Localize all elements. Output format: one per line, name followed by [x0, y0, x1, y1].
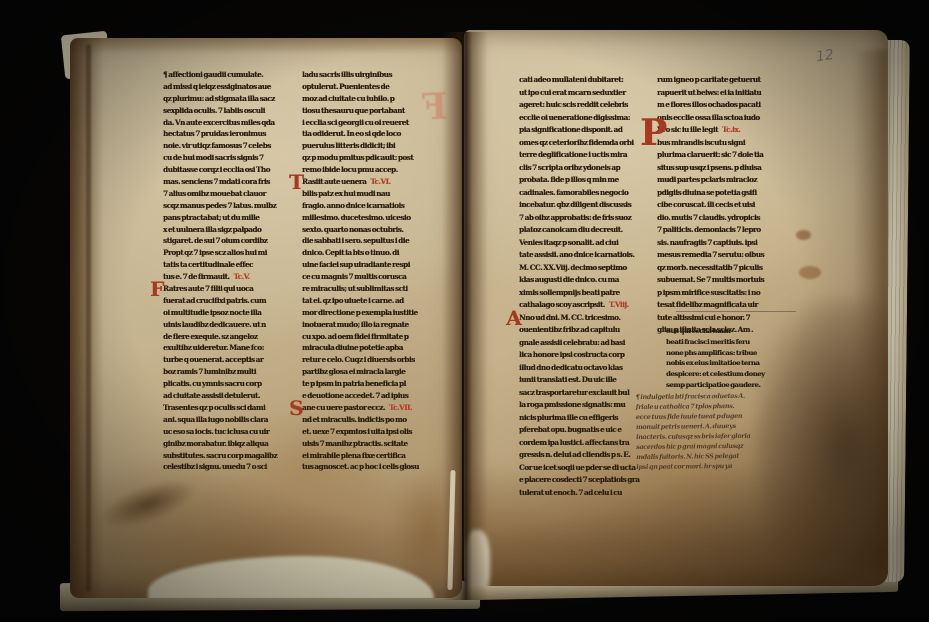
line-text: die sabbati i sero. sepultus i die [302, 236, 409, 245]
line-text: hectatus 7 pruidas ieronimus [163, 129, 266, 138]
text-line: noie. vir utiqz famosus 7 celebs [163, 141, 295, 153]
left-page-column-2: ladu sacris illis uirginibusoptulerut. P… [302, 70, 436, 474]
line-text: noie. vir utiqz famosus 7 celebs [163, 141, 271, 150]
text-line: die sabbati i sero. sepultus i die [302, 236, 436, 248]
rubricated-initial: T [289, 175, 303, 189]
line-text: Ratres aute 7 filii qui uoca [163, 284, 253, 293]
line-text: cadinales. famorabiles negocio [519, 188, 628, 197]
stain-bottom-band [70, 453, 462, 598]
line-text: tatis ta certitudinale effec [163, 260, 253, 269]
line-text: pans ptractabat; ut du mille [163, 213, 259, 222]
text-line: p ipsm mirifice suscitatis: i no [657, 288, 799, 301]
line-text: 7 paliticis. demoniacis 7 lepro [657, 225, 761, 234]
text-line: 7 ab oibz approbatis: de fris suoz [519, 213, 653, 226]
text-line: klas augusti die dnico. cu ma [519, 275, 653, 288]
text-line: turbe q ouenerat. acceptis ar [163, 355, 295, 367]
line-text: tat ei. qz ipo uiuete i carne. ad [302, 296, 404, 305]
line-text: clis 7 scripta oribz ydoneis ap [519, 163, 620, 172]
line-text: fuerat ad crucifixi patris. cum [163, 296, 266, 305]
text-line: Propt qz 7 ipse scz alios hui mi [163, 248, 295, 260]
text-line: plicatis. cu ymnis sacru corp [163, 379, 295, 391]
line-text: sacz trasportaretur exclauit bul [519, 388, 629, 397]
line-text: ecce tuus fide iuuie tueat p dugen [636, 412, 742, 421]
line-text: bus mirandis iscutu signi [657, 138, 745, 147]
line-text: cu de hui modi sacris signis 7 [163, 153, 264, 162]
line-text: ad missi q ieiqz essiginatos aue [163, 82, 271, 91]
text-line: uinis laudibz dedicauere. ut n [163, 320, 295, 332]
stain-left-edge [70, 38, 104, 598]
text-line: ad ciuitate assisii detulerut. [163, 391, 295, 403]
line-text: none phs amplificas: tribue [666, 349, 757, 357]
text-line: sis. naufragiis 7 captiuis. ipsi [657, 238, 799, 251]
text-line: dubitasse corqz i ecclia osi Tho [163, 165, 295, 177]
text-line: stigaret. de sui 7 oium cordibz [163, 236, 295, 248]
line-text: ane cu uere pastor eccz. [302, 403, 385, 412]
line-text: ipsi qn peat cor mori. hr spu ya [636, 462, 732, 471]
text-line: cadinales. famorabiles negocio [519, 188, 653, 201]
line-text: cati adeo mullateni dubitaret: [519, 75, 623, 84]
line-text: sis. naufragiis 7 captiuis. ipsi [657, 238, 757, 247]
text-line: semp participatioe gaudere. [666, 381, 800, 392]
rubricated-initial: S [289, 401, 303, 415]
line-text: Cor ue icet soqii ue pder se di ucta [519, 463, 635, 472]
rubricated-initial: A [506, 311, 521, 325]
text-line: tute altissimi cui e honor. 7 [657, 313, 799, 326]
line-text: tulerat ut enoch. 7 ad celu i cu [519, 488, 622, 497]
text-line: Cor ue icet soqii ue pder se di ucta [519, 463, 653, 476]
line-text: ¶ indulgetia bti fracisca aduetas A. [636, 392, 745, 401]
text-line: cati adeo mullateni dubitaret: [519, 75, 653, 88]
text-line: platoz canoicam diu decreuit. [519, 225, 653, 238]
text-line: ipsi qn peat cor mori. hr spu ya [636, 461, 824, 473]
line-text: partibz glosa ei miracla largie [302, 367, 405, 376]
text-line: re miraculis; ut sublimitas scti [302, 284, 436, 296]
text-line: retur e celo. Cuqz i diuersis orbis [302, 355, 436, 367]
text-line: ximis sollempnijs beati patre [519, 288, 653, 301]
line-text: mudi partes pclaris miracloz [657, 175, 757, 184]
text-line: sexplida oculis. 7 labiis osculi [163, 106, 295, 118]
line-text: klas augusti die dnico. cu ma [519, 275, 619, 284]
text-line: lica honore ipsi costructa corp [519, 350, 653, 363]
text-line: iunii translati est. Du uic ille [519, 375, 653, 388]
underpage-reveal-patch [148, 556, 434, 598]
text-line: tiosu thesauru que portabant [302, 106, 436, 118]
text-line: uisis 7 manibz ptractis. scitate [302, 439, 436, 451]
line-text: ad ciuitate assisii detulerut. [163, 391, 260, 400]
text-line: i ecclia sci georgii cu oi reueret [302, 118, 436, 130]
line-text: ouenientibz fribz ad capitulu [519, 325, 620, 334]
line-text: exultibz uideretur. Mane fco: [163, 343, 264, 352]
text-line: rum igneo p caritate getuerut [657, 75, 799, 88]
line-text: incebatur. qbz diligent discussis [519, 200, 631, 209]
text-line: ei mirabile plena fixe certifica [302, 451, 436, 463]
text-line: cu de hui modi sacris signis 7 [163, 153, 295, 165]
line-text: ei mirabile plena fixe certifica [302, 451, 405, 460]
line-text: ut ipo cui erat mcarn seduxtier [519, 88, 626, 97]
line-text: scqz manus pedes 7 latus. mulbz [163, 201, 276, 210]
text-line: Venies itaqz p sonalit. ad ciui [519, 238, 653, 251]
line-text: tute altissimi cui e honor. 7 [657, 313, 750, 322]
line-text: tus agnoscet. ac p hoc i celis glosu [302, 462, 419, 471]
text-line: gnale assisii celebratu: ad basi [519, 338, 653, 351]
line-text: substitutes. sacru corp magalibz [163, 451, 277, 460]
chapter-rubric: Tc.V. [233, 272, 249, 281]
line-text: Rasiit aute uenera [302, 177, 366, 186]
text-line: plurima claruerit: sic 7 doie tia [657, 150, 799, 163]
line-text: nicis plurima ille cu effigeris [519, 413, 618, 422]
line-text: Propt qz 7 ipse scz alios hui mi [163, 248, 267, 257]
text-line: M. CC. XX.Viij. decimo septimo [519, 263, 653, 276]
line-text: inacteris. cuiusqz ss bris iafer gloria [636, 432, 750, 441]
line-text: Trasentes qz p oculis sci dami [163, 403, 265, 412]
line-text: turbe q ouenerat. acceptis ar [163, 355, 263, 364]
text-line: optulerut. Puenientes de [302, 82, 436, 94]
line-text: cathalago scoy ascripsit. [519, 300, 605, 309]
right-page-column-1: cati adeo mullateni dubitaret:ut ipo cui… [519, 75, 653, 500]
text-line: te p ipsm in patria beneficia pl [302, 379, 436, 391]
line-text: da. Vn aute excercitus miles qda [163, 118, 275, 127]
line-text: gressis n. delui ad cliendis p s. E. [519, 450, 630, 459]
line-text: miracula diuine potetie apba [302, 343, 403, 352]
text-line: pdigiis diuina se potetia gsifi [657, 188, 799, 201]
line-text: nd et miraculis. indictis po mo [302, 415, 407, 424]
cursive-marginal-note: ¶ indulgetia bti fracisca aduetas A.fria… [636, 391, 825, 473]
text-line: mudi partes pclaris miracloz [657, 175, 799, 188]
text-line: none phs amplificas: tribue [666, 349, 800, 360]
text-line: dio. mutis 7 claudis. ydropicis [657, 213, 799, 226]
line-text: platoz canoicam diu decreuit. [519, 225, 623, 234]
text-line: ageret: huic scis reddit celebris [519, 100, 653, 113]
line-text: dnico. Cepit ia bts o tinuo. di [302, 248, 399, 257]
line-text: terre deglificatione i uctis mira [519, 150, 627, 159]
text-line: Sane cu uere pastor eccz.Tc.VII. [302, 403, 436, 415]
text-line: puerulus litteris didicit; ibi [302, 141, 436, 153]
line-text: moz ad ciuitate cu iubilo. p [302, 94, 394, 103]
text-line: nobis ex eius imitatioe terna [666, 359, 800, 370]
text-line: celestibz i signu. uuedu 7 o sci [163, 462, 295, 474]
line-text: Nno ud dni. M. CC. tricesimo. [519, 313, 620, 322]
right-page-column-2: rum igneo p caritate getuerutrapuerit ut… [657, 75, 799, 338]
text-line: moz ad ciuitate cu iubilo. p [302, 94, 436, 106]
line-text: tus e. 7 de firmauit. [163, 272, 229, 281]
line-text: Sus qui ecclia tuam [666, 327, 730, 335]
text-line: ¶ affectioni gaudii cumulate. [163, 70, 295, 82]
text-line: fuerat ad crucifixi patris. cum [163, 296, 295, 308]
text-line: scqz manus pedes 7 latus. mulbz [163, 201, 295, 213]
line-text: probata. fide p illos q min me [519, 175, 619, 184]
line-text: millesimo. ducetesimo. uicesio [302, 213, 411, 222]
text-line: cibe coruscat. ili cecis et uisi [657, 200, 799, 213]
text-line: e placere cosdecti 7 sceplatiois gra [519, 475, 653, 488]
text-line: mor directione p exempla iustitie [302, 308, 436, 320]
text-line: tus e. 7 de firmauit.Tc.V. [163, 272, 295, 284]
line-text: mas. senciens 7 mdati cora fris [163, 177, 270, 186]
text-line: 7 alius omibz mouebat clauor [163, 189, 295, 201]
text-line: bus mirandis iscutu signi [657, 138, 799, 151]
text-line: pferebat opu. bugnatis e uic e [519, 425, 653, 438]
text-line: TRasiit aute ueneraTc.VI. [302, 177, 436, 189]
text-line: substitutes. sacru corp magalibz [163, 451, 295, 463]
line-text: gnale assisii celebratu: ad basi [519, 338, 625, 347]
line-text: pdigiis diuina se potetia gsifi [657, 188, 757, 197]
text-line: oi multitudie ipsoz nocte illa [163, 308, 295, 320]
text-line: FRatres aute 7 filii qui uoca [163, 284, 295, 296]
text-line: boz ramis 7 luminibz multi [163, 367, 295, 379]
text-line: beati fracisci meritis feru [666, 338, 800, 349]
line-text: sexplida oculis. 7 labiis osculi [163, 106, 265, 115]
line-text: nobis ex eius imitatioe terna [666, 359, 759, 367]
line-text: de flere exequie. sz angeloz [163, 332, 257, 341]
chapter-rubric: Tc.VII. [389, 403, 412, 412]
text-line: de flere exequie. sz angeloz [163, 332, 295, 344]
text-line: tus agnoscet. ac p hoc i celis glosu [302, 462, 436, 474]
text-line: mesus remedia 7 serutu: oibus [657, 250, 799, 263]
text-line: nicis plurima ille cu effigeris [519, 413, 653, 426]
pencil-rule-line [676, 311, 796, 312]
text-line: subuemat. Se 7 multis mortuis [657, 275, 799, 288]
text-line: ani. squa illa iugo nobilis clara [163, 415, 295, 427]
text-line: m e flores illos ochados pacati [657, 100, 799, 113]
line-text: qz morb. necessitatib 7 piculis [657, 263, 762, 272]
text-line: terre deglificatione i uctis mira [519, 150, 653, 163]
line-text: situs sup usqz i psens. p diuisa [657, 163, 761, 172]
line-text: illud dno dedicatu octavo klas [519, 363, 622, 372]
line-text: tia odiderut. In eo si qde loco [302, 129, 401, 138]
line-text: mesus remedia 7 serutu: oibus [657, 250, 764, 259]
text-line: dnico. Cepit ia bts o tinuo. di [302, 248, 436, 260]
text-line: tatis ta certitudinale effec [163, 260, 295, 272]
line-text: e deuotione accedet. 7 ad ipius [302, 391, 408, 400]
line-text: cibe coruscat. ili cecis et uisi [657, 200, 755, 209]
line-text: ce cu magnis 7 multis corusca [302, 272, 406, 281]
text-line: nd et miraculis. indictis po mo [302, 415, 436, 427]
line-text: oi multitudie ipsoz nocte illa [163, 308, 261, 317]
text-line: uine faciei sup uiradiante respi [302, 260, 436, 272]
added-prayer-block: Sus qui ecclia tuambeati fracisci meriti… [666, 327, 800, 392]
line-text: ani. squa illa iugo nobilis clara [163, 415, 268, 424]
text-line: tia odiderut. In eo si qde loco [302, 129, 436, 141]
line-text: ladu sacris illis uirginibus [302, 70, 392, 79]
text-line: gressis n. delui ad cliendis p s. E. [519, 450, 653, 463]
stain-dot-small-2 [799, 266, 821, 279]
text-line: qz morb. necessitatib 7 piculis [657, 263, 799, 276]
line-text: tate assisii. ano dnice icarnatiois. [519, 250, 634, 259]
line-text: et. uexe 7 expmtos i uita ipsi olis [302, 427, 412, 436]
text-line: clis 7 scripta oribz ydoneis ap [519, 163, 653, 176]
text-line: inotuerat mudo; illo ia regnate [302, 320, 436, 332]
stain-edge-crease [86, 44, 91, 592]
text-line: uc eso sa iocis. tuc iclusa cu uir [163, 427, 295, 439]
right-page: 12 cati adeo mullateni dubitaret:ut ipo … [464, 30, 888, 586]
text-line: rapuerit ut beiws: ei ia initiatu [657, 88, 799, 101]
line-text: te p ipsm in patria beneficia pl [302, 379, 406, 388]
text-line: pans ptractabat; ut du mille [163, 213, 295, 225]
text-line: ginibz morabatur. ibiqz aliqua [163, 439, 295, 451]
chapter-rubric: Tc.VI. [370, 177, 390, 186]
line-text: m e flores illos ochados pacati [657, 100, 760, 109]
line-text: plicatis. cu ymnis sacru corp [163, 379, 262, 388]
text-line: illud dno dedicatu octavo klas [519, 363, 653, 376]
text-line: ad missi q ieiqz essiginatos aue [163, 82, 295, 94]
line-text: ximis sollempnijs beati patre [519, 288, 620, 297]
line-text: monuit petris ueneri. A. duueys [636, 422, 736, 431]
line-text: plurima claruerit: sic 7 doie tia [657, 150, 763, 159]
text-line: Sus qui ecclia tuam [666, 327, 800, 338]
left-page-column-1: ¶ affectioni gaudii cumulate.ad missi q … [163, 70, 295, 474]
line-text: i ecclia sci georgii cu oi reueret [302, 118, 409, 127]
text-line: la roga pmissione signatis: mu [519, 400, 653, 413]
text-line: et. uexe 7 expmtos i uita ipsi olis [302, 427, 436, 439]
line-text: sexto. quarto nonas octubris. [302, 225, 403, 234]
line-text: boz ramis 7 luminibz multi [163, 367, 256, 376]
text-line: cathalago scoy ascripsit.T.Viij. [519, 300, 653, 313]
line-text: qz plurimu: ad stigmata illa sacz [163, 94, 275, 103]
manuscript-photograph: { "scene": { "folio_number": "12", "rubr… [0, 0, 929, 622]
line-text: ageret: huic scis reddit celebris [519, 100, 628, 109]
line-text: uc eso sa iocis. tuc iclusa cu uir [163, 427, 269, 436]
text-line: ecclie oi ueneratione digissima: [519, 113, 653, 126]
line-text: x et uulnera illa sigz palpado [163, 225, 261, 234]
text-line: despicere: et celestium doney [666, 370, 800, 381]
text-line: situs sup usqz i psens. p diuisa [657, 163, 799, 176]
line-text: remo ibide locu pmu accep. [302, 165, 398, 174]
line-text: ecclie oi ueneratione digissima: [519, 113, 630, 122]
text-line: onis ecclie ossa illa sctoa iudo [657, 113, 799, 126]
line-text: tiosu thesauru que portabant [302, 106, 405, 115]
line-text: iunii translati est. Du uic ille [519, 375, 616, 384]
text-line: remo ibide locu pmu accep. [302, 165, 436, 177]
text-line: Trasentes qz p oculis sci dami [163, 403, 295, 415]
line-text: cu xpo. ad oem fidei firmitate p [302, 332, 408, 341]
text-line: omes qz ceterioribz fidemda orbi [519, 138, 653, 151]
line-text: rapuerit ut beiws: ei ia initiatu [657, 88, 761, 97]
line-text: 7 ab oibz approbatis: de fris suoz [519, 213, 631, 222]
text-line: millesimo. ducetesimo. uicesio [302, 213, 436, 225]
text-line: qz p modu pmitus pdicauit: post [302, 153, 436, 165]
line-text: e placere cosdecti 7 sceplatiois gra [519, 475, 639, 484]
folio-number-pencil: 12 [815, 47, 835, 65]
text-line: 7 paliticis. demoniacis 7 lepro [657, 225, 799, 238]
text-line: miracula diuine potetie apba [302, 343, 436, 355]
line-text: cordem ipa lustici. affectans tra [519, 438, 629, 447]
text-line: mas. senciens 7 mdati cora fris [163, 177, 295, 189]
text-line: fragio. anno dnice icarnatiois [302, 201, 436, 213]
line-text: puerulus litteris didicit; ibi [302, 141, 395, 150]
line-text: friale u catholica 7 tplos phans. [636, 402, 735, 411]
line-text: p ipsm mirifice suscitatis: i no [657, 288, 760, 297]
line-text: tesat fidelibz magnificata uir [657, 300, 758, 309]
rubricated-initial: F [150, 282, 164, 296]
line-text: retur e celo. Cuqz i diuersis orbis [302, 355, 415, 364]
text-line: ouenientibz fribz ad capitulu [519, 325, 653, 338]
line-text: dubitasse corqz i ecclia osi Tho [163, 165, 270, 174]
line-text: onis ecclie ossa illa sctoa iudo [657, 113, 760, 122]
line-text: re miraculis; ut sublimitas scti [302, 284, 408, 293]
line-text: ¶ affectioni gaudii cumulate. [163, 70, 263, 79]
text-line: ut ipo cui erat mcarn seduxtier [519, 88, 653, 101]
text-line: ANno ud dni. M. CC. tricesimo. [519, 313, 653, 326]
line-text: inotuerat mudo; illo ia regnate [302, 320, 409, 329]
line-text: pia significatione disponit. ad [519, 125, 622, 134]
text-line: incebatur. qbz diligent discussis [519, 200, 653, 213]
text-line: ce cu magnis 7 multis corusca [302, 272, 436, 284]
line-text: uine faciei sup uiradiante respi [302, 260, 410, 269]
text-line: tulerat ut enoch. 7 ad celu i cu [519, 488, 653, 501]
line-text: semp participatioe gaudere. [666, 381, 760, 389]
text-line: bilis patz ex hui mudi nau [302, 189, 436, 201]
text-line: ladu sacris illis uirginibus [302, 70, 436, 82]
stain-top-shade [70, 38, 462, 54]
chapter-rubric: Tc.ix. [722, 125, 740, 134]
text-line: sacz trasportaretur exclauit bul [519, 388, 653, 401]
chapter-rubric: T.Viij. [609, 300, 629, 309]
line-text: bilis patz ex hui mudi nau [302, 189, 390, 198]
line-text: rum igneo p caritate getuerut [657, 75, 760, 84]
text-line: x et uulnera illa sigz palpado [163, 225, 295, 237]
line-text: la roga pmissione signatis: mu [519, 400, 625, 409]
line-text: omes qz ceterioribz fidemda orbi [519, 138, 634, 147]
text-line: cordem ipa lustici. affectans tra [519, 438, 653, 451]
line-text: despicere: et celestium doney [666, 370, 765, 378]
line-text: dio. mutis 7 claudis. ydropicis [657, 213, 760, 222]
line-text: qz p modu pmitus pdicauit: post [302, 153, 413, 162]
text-line: PVro sic iu ille legitTc.ix. [657, 125, 799, 138]
text-line: tat ei. qz ipo uiuete i carne. ad [302, 296, 436, 308]
line-text: sacerdos hic p grai magni culusqz [636, 442, 743, 451]
line-text: pferebat opu. bugnatis e uic e [519, 425, 621, 434]
text-line: hectatus 7 pruidas ieronimus [163, 129, 295, 141]
text-line: cu xpo. ad oem fidei firmitate p [302, 332, 436, 344]
left-page: ¶ affectioni gaudii cumulate.ad missi q … [70, 38, 462, 598]
line-text: M. CC. XX.Viij. decimo septimo [519, 263, 627, 272]
line-text: stigaret. de sui 7 oium cordibz [163, 236, 267, 245]
line-text: lica honore ipsi costructa corp [519, 350, 624, 359]
line-text: uinis laudibz dedicauere. ut n [163, 320, 266, 329]
text-line: da. Vn aute excercitus miles qda [163, 118, 295, 130]
stain-right-edge [852, 50, 888, 570]
text-line: partibz glosa ei miracla largie [302, 367, 436, 379]
line-text: Venies itaqz p sonalit. ad ciui [519, 238, 618, 247]
text-line: sexto. quarto nonas octubris. [302, 225, 436, 237]
line-text: ginibz morabatur. ibiqz aliqua [163, 439, 268, 448]
line-text: subuemat. Se 7 multis mortuis [657, 275, 764, 284]
line-text: mor directione p exempla iustitie [302, 308, 418, 317]
line-text: celestibz i signu. uuedu 7 o sci [163, 462, 267, 471]
text-line: e deuotione accedet. 7 ad ipius [302, 391, 436, 403]
text-line: pia significatione disponit. ad [519, 125, 653, 138]
text-line: probata. fide p illos q min me [519, 175, 653, 188]
line-text: optulerut. Puenientes de [302, 82, 389, 91]
text-line: qz plurimu: ad stigmata illa sacz [163, 94, 295, 106]
line-text: 7 alius omibz mouebat clauor [163, 189, 266, 198]
line-text: uisis 7 manibz ptractis. scitate [302, 439, 408, 448]
line-text: fragio. anno dnice icarnatiois [302, 201, 404, 210]
line-text: mdalis fuitoris. N. hic SS pelegat [636, 452, 739, 461]
line-text: beati fracisci meritis feru [666, 338, 750, 346]
stain-diagonal-smudge [95, 471, 201, 538]
text-line: exultibz uideretur. Mane fco: [163, 343, 295, 355]
text-line: tate assisii. ano dnice icarnatiois. [519, 250, 653, 263]
